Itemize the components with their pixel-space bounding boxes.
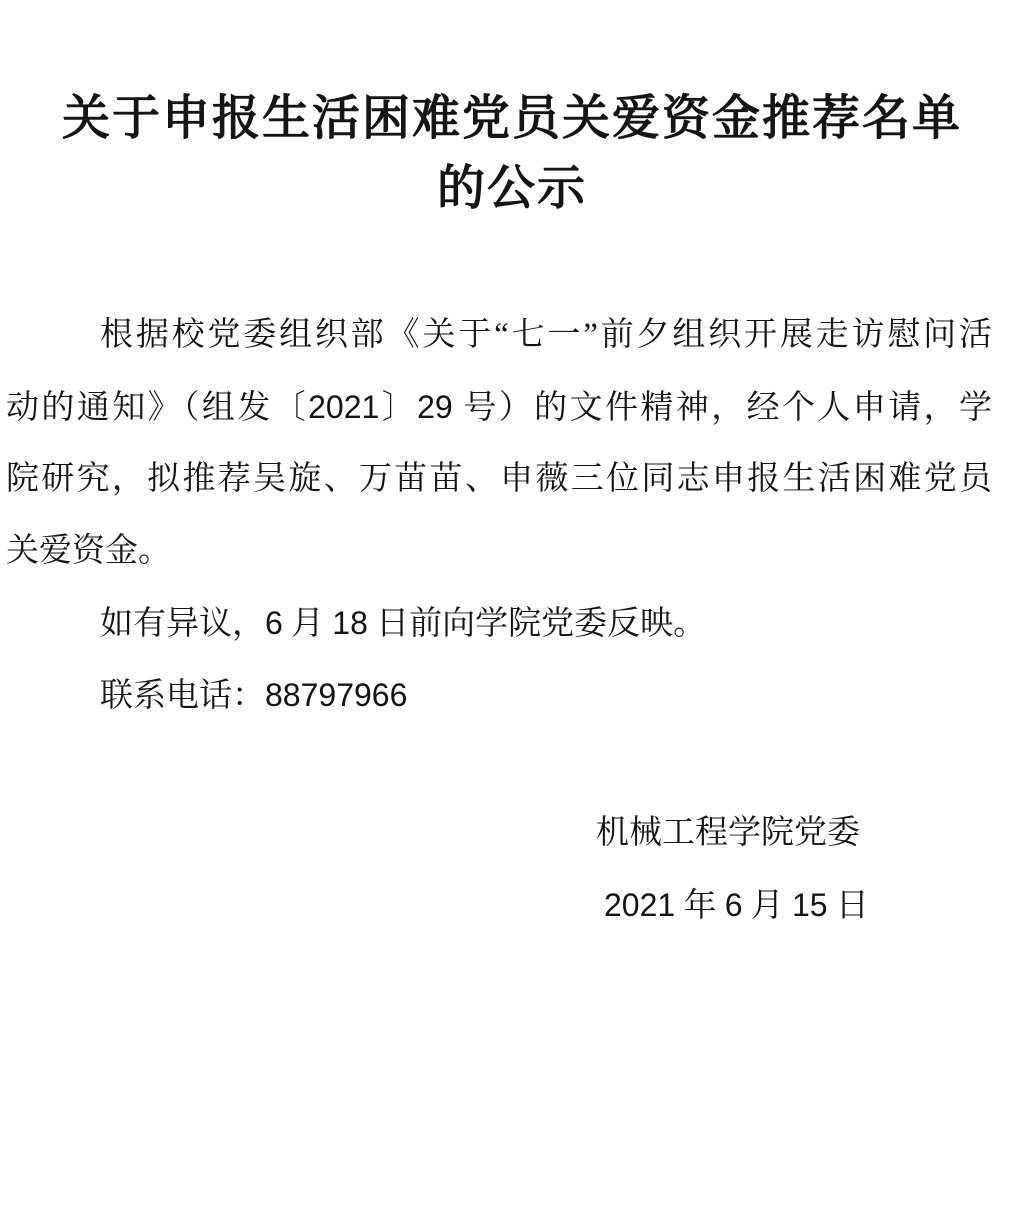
paragraph3-contact-phone: 联系电话：88797966: [6, 675, 992, 716]
paragraph1-line2: 动的通知》（组发〔2021〕29 号）的文件精神，经个人申请，学: [6, 387, 992, 428]
document-title-line-2: 的公示: [0, 159, 1024, 219]
paragraph1-line3: 院研究，拟推荐吴旋、万苗苗、申薇三位同志申报生活困难党员: [6, 459, 992, 499]
document-title-line-1: 关于申报生活困难党员关爱资金推荐名单: [0, 89, 1024, 149]
paragraph1-line1: 根据校党委组织部《关于“七一”前夕组织开展走访慰问活: [6, 315, 992, 355]
signature-date: 2021 年 6 月 15 日: [604, 885, 869, 926]
paragraph2-objection-deadline: 如有异议，6 月 18 日前向学院党委反映。: [6, 603, 992, 644]
signature-org-name: 机械工程学院党委: [596, 813, 860, 853]
notice-document-page: 关于申报生活困难党员关爱资金推荐名单 的公示 根据校党委组织部《关于“七一”前夕…: [0, 0, 1024, 1207]
paragraph1-line4: 关爱资金。: [6, 531, 992, 571]
